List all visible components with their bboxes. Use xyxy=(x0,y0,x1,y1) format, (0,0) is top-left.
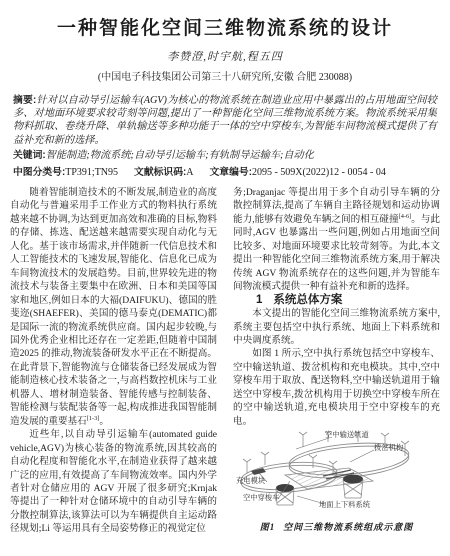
abstract-text: 针对以自动导引运输车(AGV)为核心的物流系统在制造业应用中暴露出的占用地面空间… xyxy=(13,95,437,146)
abstract-label: 摘要: xyxy=(13,95,36,106)
paragraph-intro-text: 随着智能制造技术的不断发展,制造业的高度自动化与普遍采用手工作业方式的物料执行系… xyxy=(10,187,217,427)
figure-1-caption: 图1空间三维物流系统组成示意图 xyxy=(233,521,440,534)
clc-value: TP391;TN95 xyxy=(65,167,118,178)
label-switch-mechanism: 拨岔机构 xyxy=(374,444,403,452)
keywords-label: 关键词: xyxy=(13,150,46,161)
page-title: 一种智能化空间三维物流系统的设计 xyxy=(0,0,450,40)
paragraph-agv-cont-end: 。与此同时,AGV 也暴露出一些问题,例如占用地面空间比较多、对地面环境要求比较… xyxy=(233,214,440,292)
paper-page: 一种智能化空间三维物流系统的设计 李赞澄,时宇航,程五四 (中国电子科技集团公司… xyxy=(0,0,450,556)
right-column: 务;Draganjac 等提出用于多个自动引导车辆的分散控制算法,提高了车辆自主… xyxy=(233,186,440,556)
article-id-value: 2095 - 509X(2022)12 - 0054 - 04 xyxy=(252,167,386,178)
section-1-number: 1 xyxy=(256,294,262,306)
paragraph-intro: 随着智能制造技术的不断发展,制造业的高度自动化与普遍采用手工作业方式的物料执行系… xyxy=(10,186,217,428)
shuttle-glyph xyxy=(251,468,266,475)
figure-1-caption-number: 图1 xyxy=(260,522,276,532)
affiliation-line: (中国电子科技集团公司第三十八研究所,安徽 合肥 230088) xyxy=(0,68,450,83)
paragraph-agv: 近些年,以自动导引运输车(automated guide vehicle,AGV… xyxy=(10,428,217,536)
keywords-text: 智能制造;物流系统;自动导引运输车;有轨制导运输车;自动化 xyxy=(46,150,314,161)
keywords-line: 关键词:智能制造;物流系统;自动导引运输车;有轨制导运输车;自动化 xyxy=(13,149,437,162)
section-1-title: 系统总体方案 xyxy=(273,294,342,306)
meta-line: 中图分类号:TP391;TN95文献标识码:A文章编号:2095 - 509X(… xyxy=(13,166,437,179)
body-columns: 随着智能制造技术的不断发展,制造业的高度自动化与普遍采用手工作业方式的物料执行系… xyxy=(10,186,440,556)
doc-code-label: 文献标识码: xyxy=(134,167,186,178)
figure-1-drawing: 空中输送轨道 拨岔机构 充电模块 空中穿梭车 地面上下料系统 xyxy=(233,431,441,517)
ground-station-b xyxy=(343,475,363,499)
label-charging-module: 充电模块 xyxy=(236,477,265,485)
doc-code-value: A xyxy=(186,167,193,178)
section-1-heading: 1系统总体方案 xyxy=(233,294,440,307)
clc-label: 中图分类号: xyxy=(13,167,65,178)
paragraph-figure1-desc: 如图 1 所示,空中执行系统包括空中穿梭车、空中输送轨道、拨岔机构和充电模块。其… xyxy=(233,347,440,428)
reference-marker-4-6: [4-6] xyxy=(399,213,412,220)
paragraph-overview: 本文提出的智能化空间三维物流系统方案中,系统主要包括空中执行系统、地面上下料系统… xyxy=(233,307,440,347)
authors-line: 李赞澄,时宇航,程五四 xyxy=(0,48,450,64)
abstract-block: 摘要:针对以自动导引运输车(AGV)为核心的物流系统在制造业应用中暴露出的占用地… xyxy=(13,94,437,147)
figure-1: 空中输送轨道 拨岔机构 充电模块 空中穿梭车 地面上下料系统 图1空间三维物流系… xyxy=(233,431,440,534)
figure-1-caption-text: 空间三维物流系统组成示意图 xyxy=(283,522,413,532)
article-id-label: 文章编号: xyxy=(210,167,252,178)
left-column: 随着智能制造技术的不断发展,制造业的高度自动化与普遍采用手工作业方式的物料执行系… xyxy=(10,186,217,556)
label-aerial-track: 空中输送轨道 xyxy=(325,431,369,439)
label-ground-system: 地面上下料系统 xyxy=(319,501,370,509)
paragraph-agv-cont: 务;Draganjac 等提出用于多个自动引导车辆的分散控制算法,提高了车辆自主… xyxy=(233,186,440,294)
reference-marker-1-3: [1-3] xyxy=(87,415,100,422)
paragraph-intro-end: 。 xyxy=(99,416,109,427)
label-aerial-shuttle: 空中穿梭车 xyxy=(243,494,279,502)
